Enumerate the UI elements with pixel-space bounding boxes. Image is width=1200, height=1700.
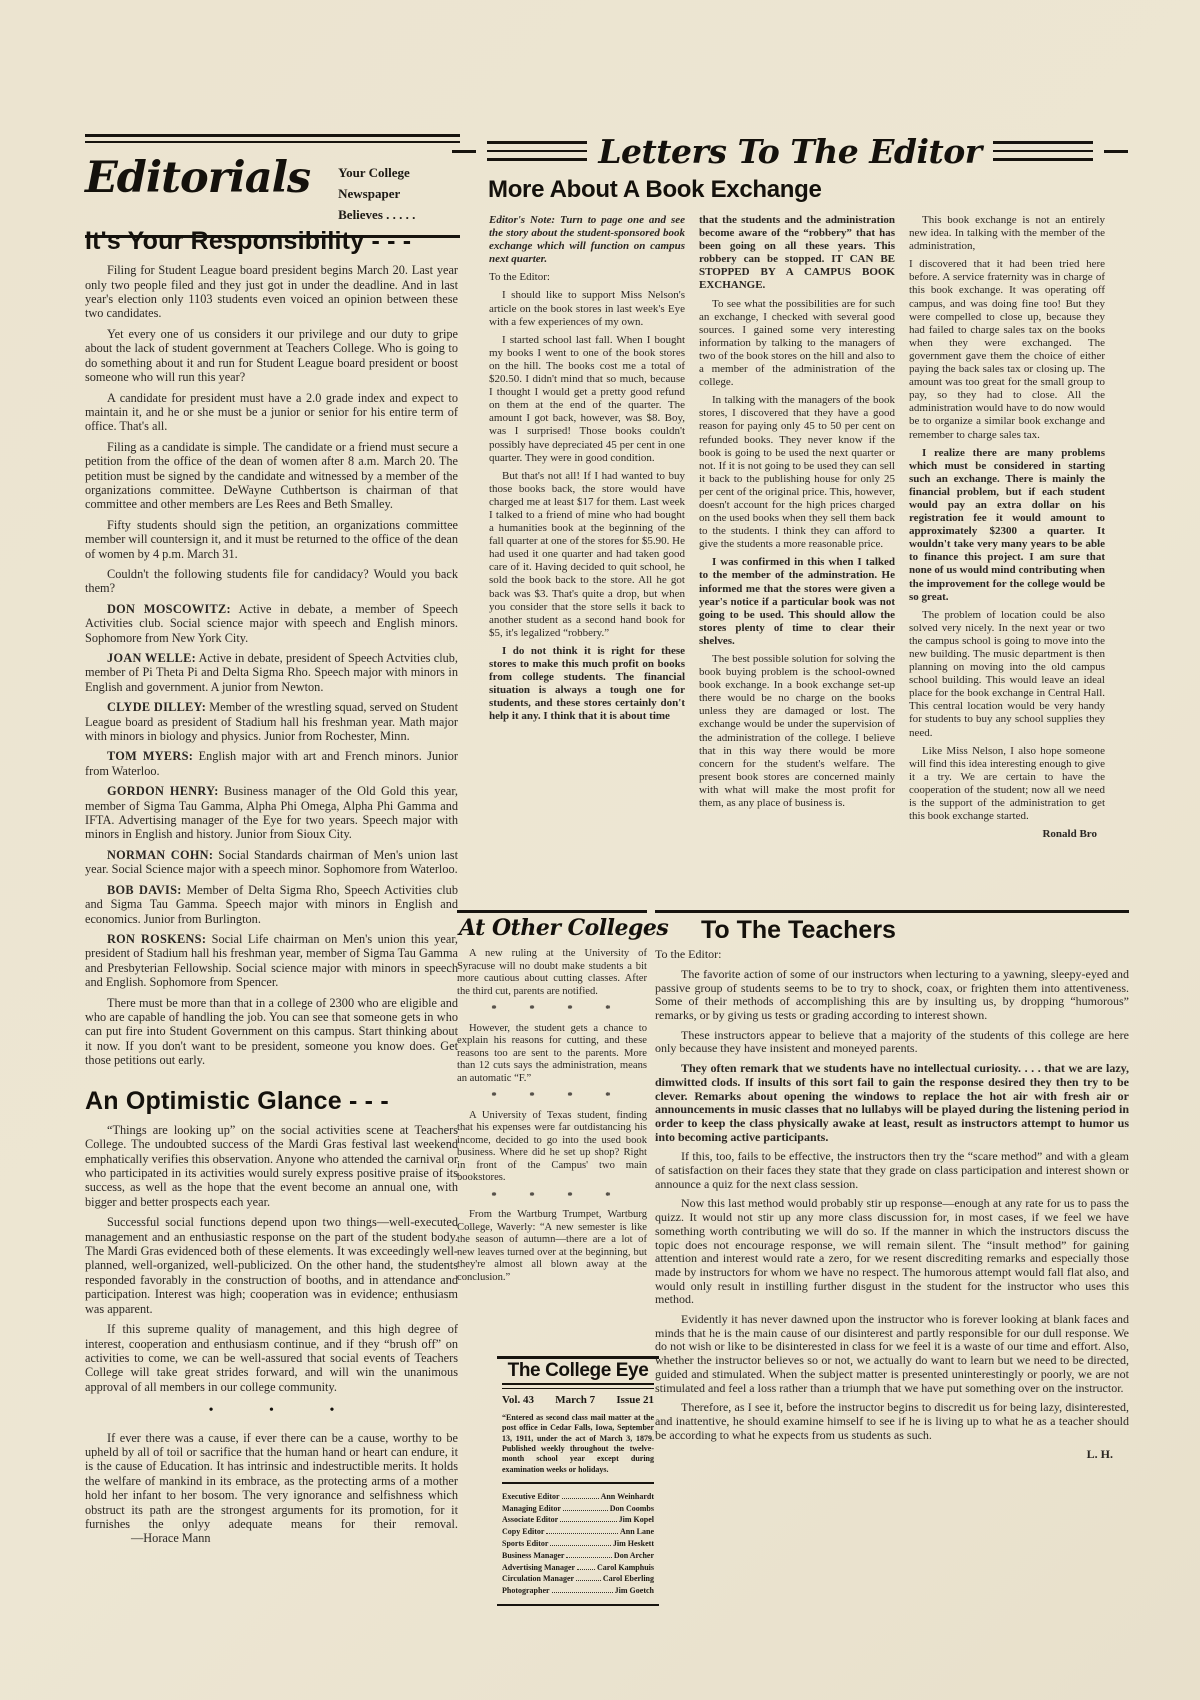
letters-title: Letters To The Editor: [598, 132, 981, 171]
dot-leader: [552, 1592, 613, 1593]
candidate-name: RON ROSKENS:: [107, 932, 206, 946]
star-separator: * * * *: [457, 1091, 647, 1104]
entered-notice: “Entered as second class mail matter at …: [502, 1413, 654, 1475]
candidate-bio: CLYDE DILLEY: Member of the wrestling sq…: [85, 700, 458, 743]
letter-paragraph: Like Miss Nelson, I also hope someone wi…: [909, 745, 1105, 824]
candidate-name: NORMAN COHN:: [107, 848, 213, 862]
volume-number: Vol. 43: [502, 1395, 534, 1405]
to-the-teachers-heading: To The Teachers: [701, 924, 1129, 938]
staff-name: Jim Goetch: [615, 1585, 654, 1597]
candidate-bio: RON ROSKENS: Social Life chairman on Men…: [85, 932, 458, 990]
tagline-line-1: Your College Newspaper: [338, 163, 460, 205]
editorials-masthead: Editorials Your College Newspaper Believ…: [85, 134, 460, 238]
letter-column-2: that the students and the administration…: [699, 214, 895, 841]
editorial-heading-responsibility: It's Your Responsibility - - -: [85, 228, 458, 254]
section-rule: [655, 910, 1129, 913]
star-separator: * * * *: [457, 1004, 647, 1017]
staff-row: PhotographerJim Goetch: [502, 1585, 654, 1597]
rule-dash-left: [452, 150, 476, 153]
letter-headline: More About A Book Exchange: [488, 176, 822, 204]
staff-row: Sports EditorJim Heskett: [502, 1538, 654, 1550]
section-rule: [457, 910, 647, 913]
editorial-paragraph: If this supreme quality of management, a…: [85, 1322, 458, 1394]
staff-row: Circulation ManagerCarol Eberling: [502, 1573, 654, 1585]
staff-name: Don Archer: [614, 1550, 654, 1562]
staff-role: Sports Editor: [502, 1538, 548, 1550]
dot-leader: [566, 1557, 611, 1558]
candidate-name: BOB DAVIS:: [107, 883, 182, 897]
letter-paragraph: The favorite action of some of our instr…: [655, 968, 1129, 1023]
staff-name: Jim Kopel: [619, 1514, 654, 1526]
staff-role: Photographer: [502, 1585, 550, 1597]
salutation: To the Editor:: [655, 948, 1129, 962]
letter-paragraph: In talking with the managers of the book…: [699, 394, 895, 551]
editorial-column: It's Your Responsibility - - - Filing fo…: [85, 228, 458, 1552]
editorial-paragraph: A candidate for president must have a 2.…: [85, 391, 458, 434]
staff-role: Executive Editor: [502, 1491, 560, 1503]
editorial-paragraph: “Things are looking up” on the social ac…: [85, 1123, 458, 1209]
dot-leader: [577, 1569, 595, 1570]
college-eye-colophon: The College Eye Vol. 43 March 7 Issue 21…: [497, 1356, 659, 1606]
letter-paragraph: I discovered that it had been tried here…: [909, 258, 1105, 441]
star-separator: * * * *: [457, 1191, 647, 1204]
candidate-bio: GORDON HENRY: Business manager of the Ol…: [85, 784, 458, 842]
book-exchange-letter: Editor's Note: Turn to page one and see …: [489, 214, 1105, 841]
editorial-paragraph: Couldn't the following students file for…: [85, 567, 458, 596]
letter-paragraph: Evidently it has never dawned upon the i…: [655, 1313, 1129, 1395]
letter-paragraph: But that's not all! If I had wanted to b…: [489, 470, 685, 640]
candidate-name: CLYDE DILLEY:: [107, 700, 206, 714]
editorial-paragraph: Filing as a candidate is simple. The can…: [85, 440, 458, 512]
letter-paragraph: Therefore, as I see it, before the instr…: [655, 1401, 1129, 1442]
staff-role: Business Manager: [502, 1550, 564, 1562]
staff-name: Ann Weinhardt: [601, 1491, 654, 1503]
candidate-name: TOM MYERS:: [107, 749, 193, 763]
at-other-colleges-heading: At Other Colleges: [459, 922, 647, 935]
bullet-separator: • • •: [85, 1404, 458, 1418]
letter-signature: L. H.: [655, 1448, 1129, 1462]
letter-paragraph: I should like to support Miss Nelson's a…: [489, 289, 685, 328]
salutation: To the Editor:: [489, 271, 685, 284]
double-rule: [85, 134, 460, 143]
staff-row: Associate EditorJim Kopel: [502, 1514, 654, 1526]
staff-name: Ann Lane: [620, 1526, 654, 1538]
editorial-paragraph: Filing for Student League board presiden…: [85, 263, 458, 321]
editorials-title: Editorials: [85, 157, 310, 225]
newspaper-page: Editorials Your College Newspaper Believ…: [0, 0, 1200, 1700]
candidate-bio: DON MOSCOWITZ: Active in debate, a membe…: [85, 602, 458, 645]
letters-masthead: Letters To The Editor: [452, 122, 1128, 180]
to-the-teachers: To The Teachers To the Editor: The favor…: [655, 910, 1129, 1462]
thin-rule: [502, 1482, 654, 1484]
staff-row: Managing EditorDon Coombs: [502, 1503, 654, 1515]
letter-paragraph: The best possible solution for solving t…: [699, 653, 895, 810]
editorial-paragraph: Yet every one of us considers it our pri…: [85, 327, 458, 385]
college-news-item: A University of Texas student, finding t…: [457, 1110, 647, 1185]
letter-signature: Ronald Bro: [909, 828, 1105, 841]
rule-dash-right: [1104, 150, 1128, 153]
at-other-colleges: At Other Colleges A new ruling at the Un…: [457, 910, 647, 1290]
letter-paragraph: I was confirmed in this when I talked to…: [699, 556, 895, 648]
editors-note: Editor's Note: Turn to page one and see …: [489, 214, 685, 266]
dot-leader: [576, 1580, 601, 1581]
staff-name: Carol Eberling: [603, 1573, 654, 1585]
staff-role: Advertising Manager: [502, 1562, 575, 1574]
editorial-paragraph: Successful social functions depend upon …: [85, 1215, 458, 1316]
letter-paragraph: I realize there are many problems which …: [909, 447, 1105, 604]
triple-rule-right: [993, 141, 1093, 161]
double-rule: [502, 1383, 654, 1389]
letter-column-3: This book exchange is not an entirely ne…: [909, 214, 1105, 841]
editorial-closing: There must be more than that in a colleg…: [85, 996, 458, 1068]
candidate-bio: TOM MYERS: English major with art and Fr…: [85, 749, 458, 778]
dot-leader: [563, 1510, 608, 1511]
masthead-tagline: Your College Newspaper Believes . . . . …: [338, 151, 460, 225]
staff-name: Jim Heskett: [613, 1538, 654, 1550]
letter-paragraph: that the students and the administration…: [699, 214, 895, 293]
dot-leader: [562, 1498, 599, 1499]
editorial-heading-optimistic: An Optimistic Glance - - -: [85, 1088, 458, 1114]
letter-paragraph: These instructors appear to believe that…: [655, 1029, 1129, 1056]
colophon-title: The College Eye: [502, 1366, 654, 1376]
staff-role: Associate Editor: [502, 1514, 558, 1526]
staff-role: Copy Editor: [502, 1526, 544, 1538]
candidate-name: GORDON HENRY:: [107, 784, 219, 798]
staff-name: Don Coombs: [610, 1503, 654, 1515]
college-news-item: From the Wartburg Trumpet, Wartburg Coll…: [457, 1209, 647, 1284]
candidate-bio: JOAN WELLE: Active in debate, president …: [85, 651, 458, 694]
letter-column-1: Editor's Note: Turn to page one and see …: [489, 214, 685, 841]
letter-paragraph: To see what the possibilities are for su…: [699, 298, 895, 390]
triple-rule-left: [487, 141, 587, 161]
staff-row: Copy EditorAnn Lane: [502, 1526, 654, 1538]
issue-date: March 7: [555, 1395, 595, 1405]
letter-paragraph: I do not think it is right for these sto…: [489, 645, 685, 724]
staff-row: Business ManagerDon Archer: [502, 1550, 654, 1562]
college-news-item: A new ruling at the University of Syracu…: [457, 948, 647, 998]
letter-paragraph: Now this last method would probably stir…: [655, 1197, 1129, 1307]
dot-leader: [560, 1521, 616, 1522]
staff-list: Executive EditorAnn Weinhardt Managing E…: [502, 1491, 654, 1597]
volume-row: Vol. 43 March 7 Issue 21: [502, 1395, 654, 1405]
letter-paragraph: They often remark that we students have …: [655, 1062, 1129, 1144]
staff-row: Advertising ManagerCarol Kamphuis: [502, 1562, 654, 1574]
staff-role: Managing Editor: [502, 1503, 561, 1515]
letter-paragraph: I started school last fall. When I bough…: [489, 334, 685, 465]
staff-role: Circulation Manager: [502, 1573, 574, 1585]
editorial-paragraph: Fifty students should sign the petition,…: [85, 518, 458, 561]
quote-attribution: —Horace Mann: [109, 1531, 211, 1545]
candidate-bio: NORMAN COHN: Social Standards chairman o…: [85, 848, 458, 877]
candidate-name: DON MOSCOWITZ:: [107, 602, 231, 616]
letter-paragraph: The problem of location could be also so…: [909, 609, 1105, 740]
dot-leader: [550, 1545, 610, 1546]
quote-text: If ever there was a cause, if ever there…: [85, 1431, 458, 1531]
letter-paragraph: This book exchange is not an entirely ne…: [909, 214, 1105, 253]
candidate-name: JOAN WELLE:: [107, 651, 196, 665]
college-news-item: However, the student gets a chance to ex…: [457, 1023, 647, 1086]
staff-row: Executive EditorAnn Weinhardt: [502, 1491, 654, 1503]
tagline-line-2: Believes . . . . .: [338, 205, 460, 226]
letter-paragraph: If this, too, fails to be effective, the…: [655, 1150, 1129, 1191]
candidate-bio: BOB DAVIS: Member of Delta Sigma Rho, Sp…: [85, 883, 458, 926]
dot-leader: [546, 1533, 618, 1534]
staff-name: Carol Kamphuis: [597, 1562, 654, 1574]
horace-mann-quote: If ever there was a cause, if ever there…: [85, 1431, 458, 1546]
issue-number: Issue 21: [616, 1395, 654, 1405]
